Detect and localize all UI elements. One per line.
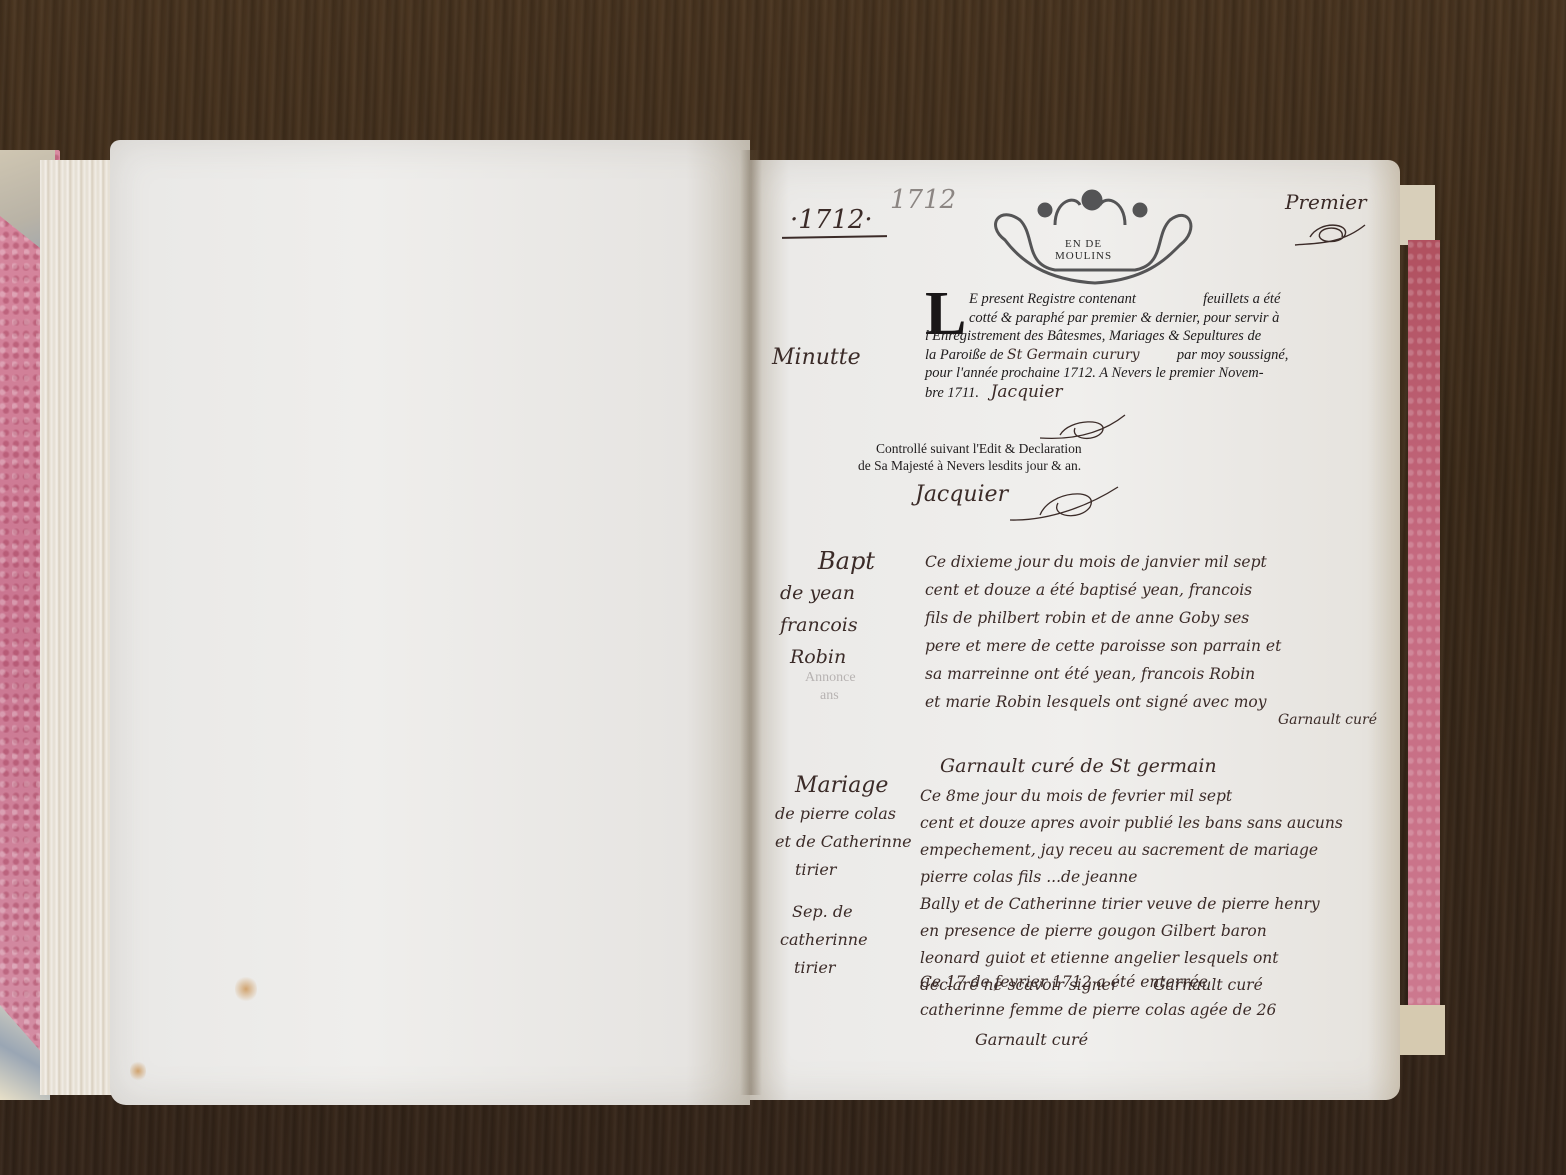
entry-line: empechement, jay receu au sacrement de m… xyxy=(920,837,1343,864)
stamp-line-1: EN DE xyxy=(1055,238,1112,250)
printed-line-text: bre 1711. xyxy=(925,385,979,401)
book-gutter xyxy=(740,150,762,1095)
margin-line: catherinne xyxy=(780,926,868,954)
margin-line: tirier xyxy=(780,954,868,982)
margin-line: Bapt xyxy=(780,545,875,577)
paraph-icon xyxy=(1010,475,1120,525)
faded-annotation: ans xyxy=(820,688,839,704)
printed-line: pour l'année prochaine 1712. A Nevers le… xyxy=(925,364,1315,383)
folio-year-pencil: 1712 xyxy=(890,185,956,215)
margin-line: et de Catherinne xyxy=(775,828,912,856)
entry-line: Ce dixieme jour du mois de janvier mil s… xyxy=(925,548,1281,576)
printed-line: cotté & paraphé par premier & dernier, p… xyxy=(925,309,1315,328)
page-stack-edge xyxy=(40,160,120,1095)
paraph-icon xyxy=(1290,215,1370,250)
printed-line: la Paroiße de St Germain curury par moy … xyxy=(925,346,1315,365)
faded-annotation: Annonce xyxy=(805,670,856,686)
printed-line-text: la Paroiße de xyxy=(925,347,1003,363)
foxing-stain xyxy=(235,975,257,1003)
signature: Garnault curé xyxy=(1278,712,1377,728)
entry-line: Ce 8me jour du mois de fevrier mil sept xyxy=(920,783,1343,810)
margin-line: francois xyxy=(780,609,875,641)
margin-line: Sep. de xyxy=(780,898,868,926)
margin-line: de pierre colas xyxy=(775,800,912,828)
control-line-1: Controllé suivant l'Edit & Declaration xyxy=(872,440,1082,457)
entry-marriage: Ce 8me jour du mois de fevrier mil sept … xyxy=(920,783,1343,999)
entry-line: pierre colas fils ...de jeanne xyxy=(920,864,1343,891)
entry-line: Bally et de Catherinne tirier veuve de p… xyxy=(920,891,1343,918)
folio-year: ·1712· xyxy=(790,205,873,235)
stamp-line-2: MOULINS xyxy=(1055,250,1112,262)
margin-line: Robin xyxy=(780,641,875,673)
entry-line: cent et douze a été baptisé yean, franco… xyxy=(925,576,1281,604)
book-cover-right xyxy=(1408,240,1440,1040)
book-cover-right-bottom xyxy=(1395,1005,1445,1055)
entry-line: cent et douze apres avoir publié les ban… xyxy=(920,810,1343,837)
signature: Jacquier xyxy=(991,382,1063,402)
entry-line: sa marreinne ont été yean, francois Robi… xyxy=(925,660,1281,688)
signature: Garnault curé xyxy=(975,1030,1088,1049)
margin-line: tirier xyxy=(775,856,912,884)
margin-marriage: Mariage de pierre colas et de Catherinne… xyxy=(775,772,912,884)
margin-line: de yean xyxy=(780,577,875,609)
margin-minute: Minutte xyxy=(772,345,861,370)
printed-header: E present Registre contenant feuillets a… xyxy=(925,290,1315,402)
entry-line: et marie Robin lesquels ont signé avec m… xyxy=(925,688,1281,716)
entry-line: en presence de pierre gougon Gilbert bar… xyxy=(920,918,1343,945)
control-line-2: de Sa Majesté à Nevers lesdits jour & an… xyxy=(858,457,1082,474)
control-signature: Jacquier xyxy=(915,482,1008,507)
entry-baptism: Ce dixieme jour du mois de janvier mil s… xyxy=(925,548,1281,716)
printed-line-text: E present Registre contenant xyxy=(969,291,1136,307)
control-stamp: Controllé suivant l'Edit & Declaration d… xyxy=(872,440,1082,474)
entry-line: fils de philbert robin et de anne Goby s… xyxy=(925,604,1281,632)
printed-line-text: par moy soussigné, xyxy=(1177,347,1289,363)
entry-line: pere et mere de cette paroisse son parra… xyxy=(925,632,1281,660)
entry-burial: Ce 17 de fevrier 1712 a été enterrée cat… xyxy=(920,968,1276,1024)
left-page xyxy=(110,140,750,1105)
entry-marriage-header: Garnault curé de St germain xyxy=(940,752,1217,780)
entry-line: Ce 17 de fevrier 1712 a été enterrée xyxy=(920,968,1276,996)
stamp-text: EN DE MOULINS xyxy=(1055,238,1112,262)
handwritten-parish: St Germain curury xyxy=(1007,347,1140,363)
printed-line: bre 1711. Jacquier xyxy=(925,383,1315,403)
printed-line-text: feuillets a été xyxy=(1203,291,1280,307)
printed-line: l'Enregistrement des Bâtesmes, Mariages … xyxy=(925,327,1315,346)
margin-burial: Sep. de catherinne tirier xyxy=(780,898,868,982)
entry-line: catherinne femme de pierre colas agée de… xyxy=(920,996,1276,1024)
margin-line: Mariage xyxy=(775,772,912,800)
folio-label: Premier xyxy=(1285,190,1367,214)
margin-baptism: Bapt de yean francois Robin xyxy=(780,545,875,673)
foxing-stain xyxy=(130,1060,146,1082)
printed-line: E present Registre contenant feuillets a… xyxy=(925,290,1315,309)
